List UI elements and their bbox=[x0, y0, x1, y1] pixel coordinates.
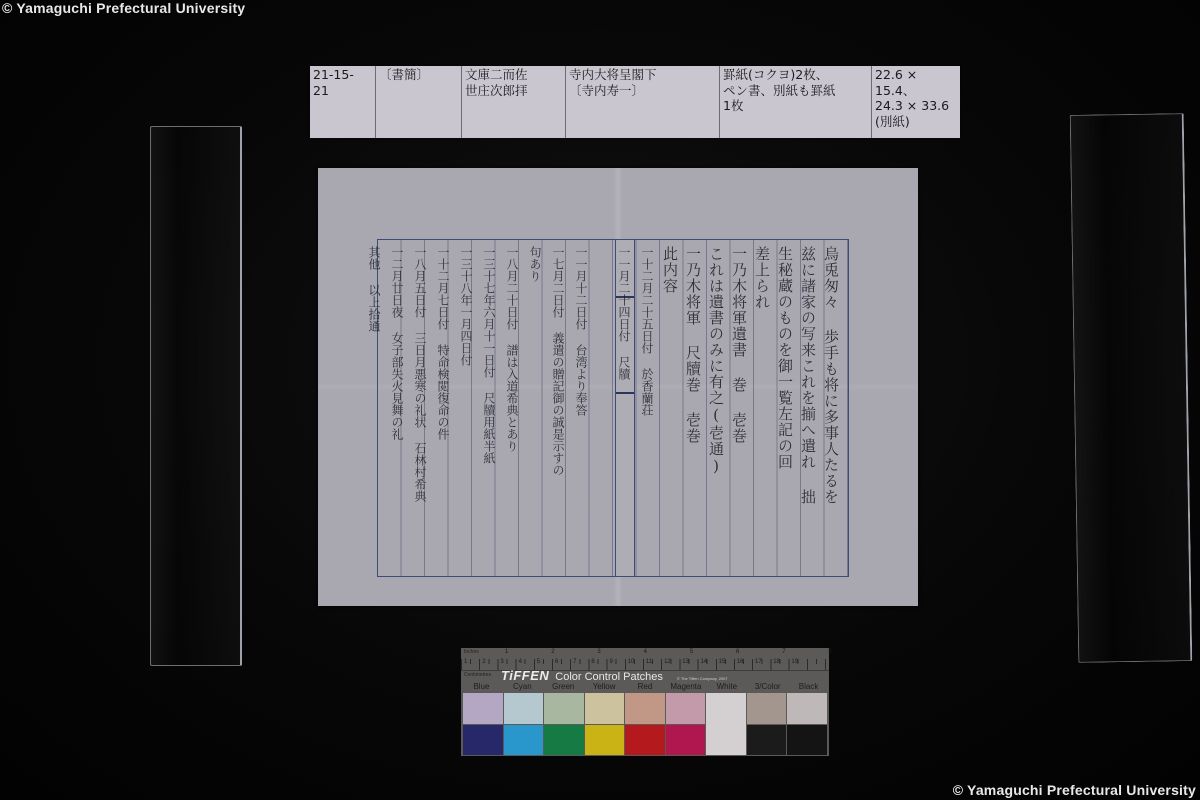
handwritten-line bbox=[592, 240, 612, 576]
cm-tick-label: 5 bbox=[534, 659, 552, 665]
handwritten-line: 一八月五日付 三日月悪寒の礼状 石林村希典 bbox=[408, 240, 431, 576]
card-copyright: © The Tiffen Company, 2007 bbox=[677, 676, 728, 681]
handwritten-line: 其他 以上拾通 bbox=[362, 240, 385, 576]
color-patch-3-color-dark bbox=[747, 725, 787, 756]
label-cell-recipient: 寺内大将呈閣下 〔寺内寿一〕 bbox=[566, 66, 720, 138]
patch-label: Yellow bbox=[584, 682, 625, 691]
handwritten-columns: 烏兎匆々 歩手も将に多事人たるを兹に諸家の写来これを揃へ遣れ 拙生秘蔵のものを御… bbox=[378, 240, 848, 576]
label-cell-sender: 文庫二而佐 世庄次郎拝 bbox=[462, 66, 566, 138]
scan-background: © Yamaguchi Prefectural University 21-15… bbox=[0, 0, 1200, 800]
color-patch-magenta-light bbox=[666, 693, 706, 724]
patch-label: Red bbox=[625, 682, 666, 691]
cm-tick-label: 6 bbox=[552, 659, 570, 665]
cm-ticks: 12345678910111213141516171819 bbox=[461, 659, 829, 665]
handwritten-line: 此内容 bbox=[658, 240, 681, 576]
cm-tick-label: 18 bbox=[770, 659, 788, 665]
patch-label: Green bbox=[543, 682, 584, 691]
color-patch-red-dark bbox=[625, 725, 665, 756]
patch-label: White bbox=[706, 682, 747, 691]
color-patches bbox=[463, 693, 827, 755]
handwritten-line: これは遺書のみに有之(壱通) bbox=[704, 240, 727, 576]
glass-weight-left bbox=[150, 126, 242, 666]
ruled-frame: 烏兎匆々 歩手も将に多事人たるを兹に諸家の写来これを揃へ遣れ 拙生秘蔵のものを御… bbox=[377, 239, 849, 577]
copyright-watermark-top: © Yamaguchi Prefectural University bbox=[2, 0, 245, 16]
cm-tick-label: 8 bbox=[588, 659, 606, 665]
cm-tick-label: 9 bbox=[607, 659, 625, 665]
cm-tick-label: 13 bbox=[679, 659, 697, 665]
color-patch-cyan-dark bbox=[504, 725, 544, 756]
handwritten-line: 一乃木将軍 尺牘巻 壱巻 bbox=[681, 240, 704, 576]
cm-tick-label: 7 bbox=[570, 659, 588, 665]
color-patch-green-dark bbox=[544, 725, 584, 756]
color-patch-yellow-dark bbox=[585, 725, 625, 756]
handwritten-line: 差上られ bbox=[750, 240, 773, 576]
label-cell-type: 〔書簡〕 bbox=[376, 66, 462, 138]
color-patch-red-light bbox=[625, 693, 665, 724]
handwritten-line: 一十二月二十五日付 於香蘭荘 bbox=[635, 240, 658, 576]
cm-tick-label: 3 bbox=[497, 659, 515, 665]
tiffen-color-card: Inches 12345678 123456789101112131415161… bbox=[461, 648, 829, 756]
cm-tick-label: 2 bbox=[479, 659, 497, 665]
handwritten-line: 一一月十二日付 台湾より奉答 bbox=[569, 240, 592, 576]
cm-tick-label: 16 bbox=[734, 659, 752, 665]
color-patch-white-light bbox=[706, 693, 746, 755]
color-patch-black-light bbox=[787, 693, 827, 724]
tiffen-logo: TiFFEN bbox=[501, 668, 549, 683]
label-cell-size: 22.6 × 15.4、 24.3 × 33.6 (別紙) bbox=[872, 66, 960, 138]
inch-tick-label: 4 bbox=[644, 649, 647, 655]
letter-paper: 烏兎匆々 歩手も将に多事人たるを兹に諸家の写来これを揃へ遣れ 拙生秘蔵のものを御… bbox=[318, 168, 918, 606]
handwritten-line: 生秘蔵のものを御一覧左記の回 bbox=[773, 240, 796, 576]
handwritten-line: 烏兎匆々 歩手も将に多事人たるを bbox=[819, 240, 842, 576]
color-patch-yellow-light bbox=[585, 693, 625, 724]
catalog-label-strip: 21-15- 21〔書簡〕文庫二而佐 世庄次郎拝寺内大将呈閣下 〔寺内寿一〕罫紙… bbox=[310, 66, 960, 138]
cm-tick-label: 10 bbox=[625, 659, 643, 665]
handwritten-line: 兹に諸家の写来これを揃へ遣れ 拙 bbox=[796, 240, 819, 576]
glass-weight-right bbox=[1070, 113, 1193, 663]
label-cell-format: 罫紙(コクヨ)2枚、 ペン書、別紙も罫紙 1枚 bbox=[720, 66, 872, 138]
label-cell-number: 21-15- 21 bbox=[310, 66, 376, 138]
inch-tick-label: 7 bbox=[782, 649, 785, 655]
color-patch-green-light bbox=[544, 693, 584, 724]
color-patch-blue-dark bbox=[463, 725, 503, 756]
inch-tick-label: 5 bbox=[690, 649, 693, 655]
patch-label: Cyan bbox=[502, 682, 543, 691]
handwritten-line: 一二月廿日夜 女子部失火見舞の礼 bbox=[385, 240, 408, 576]
inch-tick-label: 1 bbox=[505, 649, 508, 655]
cm-tick-label: 14 bbox=[697, 659, 715, 665]
cm-tick-label: 11 bbox=[643, 659, 661, 665]
cm-tick-label: 12 bbox=[661, 659, 679, 665]
patch-label: 3/Color bbox=[747, 682, 788, 691]
cm-tick-label: 1 bbox=[461, 659, 479, 665]
handwritten-line: 一乃木将軍遺書 巻 壱巻 bbox=[727, 240, 750, 576]
inch-tick-label: 8 bbox=[828, 649, 831, 655]
handwritten-line: 句あり bbox=[523, 240, 546, 576]
inch-tick-label: 2 bbox=[551, 649, 554, 655]
cm-tick-label: 17 bbox=[752, 659, 770, 665]
patch-label: Magenta bbox=[665, 682, 706, 691]
color-patch-cyan-light bbox=[504, 693, 544, 724]
color-patch-magenta-dark bbox=[666, 725, 706, 756]
handwritten-line: 一八月二十日付 譜は入道希典とあり bbox=[500, 240, 523, 576]
handwritten-line: 一三十七年六月十一日付 尺牘用紙半紙 bbox=[477, 240, 500, 576]
patch-labels: BlueCyanGreenYellowRedMagentaWhite3/Colo… bbox=[461, 682, 829, 691]
cm-tick-label: 4 bbox=[516, 659, 534, 665]
inch-tick-label: 6 bbox=[736, 649, 739, 655]
handwritten-line: 一十二月七日付 特命検閲復命の件 bbox=[431, 240, 454, 576]
handwritten-line: 一三十八年一月四日付 bbox=[454, 240, 477, 576]
ruler-cm-label: Centimetres bbox=[464, 672, 491, 678]
color-patch-black-dark bbox=[787, 725, 827, 756]
ruler-inches-label: Inches bbox=[464, 649, 479, 655]
patch-label: Blue bbox=[461, 682, 502, 691]
color-patch-3-color-light bbox=[747, 693, 787, 724]
handwritten-line: 一一月二十四日付 尺牘 bbox=[612, 240, 635, 576]
patch-label: Black bbox=[788, 682, 829, 691]
color-patch-blue-light bbox=[463, 693, 503, 724]
cm-tick-label: 19 bbox=[788, 659, 806, 665]
cm-tick-label: 15 bbox=[716, 659, 734, 665]
handwritten-line: 一七月二日付 義遣の贈記御の誠是示すの bbox=[546, 240, 569, 576]
inch-tick-label: 3 bbox=[597, 649, 600, 655]
card-brand-row: TiFFEN Color Control Patches © The Tiffe… bbox=[501, 668, 728, 683]
copyright-watermark-bottom: © Yamaguchi Prefectural University bbox=[953, 782, 1196, 798]
